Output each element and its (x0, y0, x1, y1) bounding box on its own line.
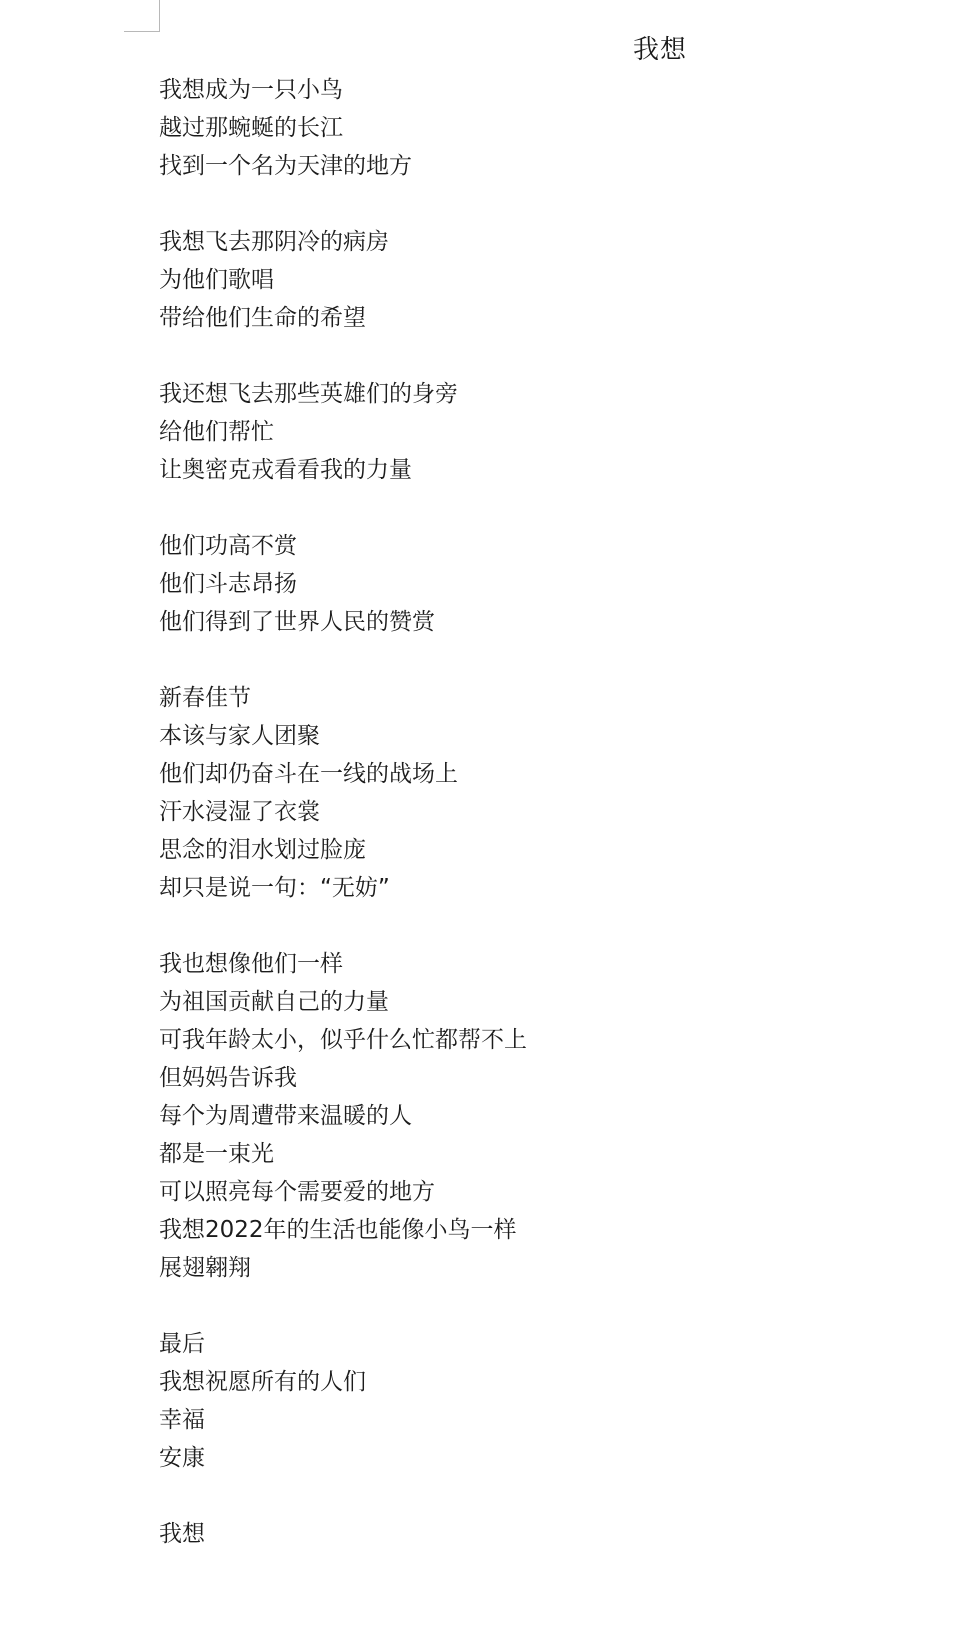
poem-line: 为祖国贡献自己的力量 (159, 983, 859, 1021)
poem-line: 为他们歌唱 (159, 261, 859, 299)
poem-line: 带给他们生命的希望 (159, 299, 859, 337)
poem-line: 他们得到了世界人民的赞赏 (159, 603, 859, 641)
poem-line: 幸福 (159, 1401, 859, 1439)
poem-line: 但妈妈告诉我 (159, 1059, 859, 1097)
poem-line: 却只是说一句：“无妨” (159, 869, 859, 907)
poem-line: 他们功高不赏 (159, 527, 859, 565)
poem-line: 我想2022年的生活也能像小鸟一样 (159, 1211, 859, 1249)
poem-line: 新春佳节 (159, 679, 859, 717)
poem-line: 最后 (159, 1325, 859, 1363)
poem-line: 找到一个名为天津的地方 (159, 147, 859, 185)
document-title: 我想 (633, 32, 687, 68)
poem-line: 我想成为一只小鸟 (159, 71, 859, 109)
poem-line: 每个为周遭带来温暖的人 (159, 1097, 859, 1135)
poem-line: 我也想像他们一样 (159, 945, 859, 983)
poem-line: 我想 (159, 1515, 859, 1553)
poem-line: 越过那蜿蜒的长江 (159, 109, 859, 147)
poem-line: 他们斗志昂扬 (159, 565, 859, 603)
poem-line: 可以照亮每个需要爱的地方 (159, 1173, 859, 1211)
stanza-5: 新春佳节 本该与家人团聚 他们却仍奋斗在一线的战场上 汗水浸湿了衣裳 思念的泪水… (159, 679, 859, 907)
poem-line: 给他们帮忙 (159, 413, 859, 451)
poem-line: 汗水浸湿了衣裳 (159, 793, 859, 831)
poem-line: 让奥密克戎看看我的力量 (159, 451, 859, 489)
stanza-3: 我还想飞去那些英雄们的身旁 给他们帮忙 让奥密克戎看看我的力量 (159, 375, 859, 489)
stanza-2: 我想飞去那阴冷的病房 为他们歌唱 带给他们生命的希望 (159, 223, 859, 337)
poem-line: 思念的泪水划过脸庞 (159, 831, 859, 869)
poem-line: 他们却仍奋斗在一线的战场上 (159, 755, 859, 793)
poem-line: 我还想飞去那些英雄们的身旁 (159, 375, 859, 413)
poem-line: 安康 (159, 1439, 859, 1477)
poem-line: 我想祝愿所有的人们 (159, 1363, 859, 1401)
page-corner-marker (124, 0, 160, 32)
stanza-1: 我想成为一只小鸟 越过那蜿蜒的长江 找到一个名为天津的地方 (159, 71, 859, 185)
stanza-4: 他们功高不赏 他们斗志昂扬 他们得到了世界人民的赞赏 (159, 527, 859, 641)
poem-line: 可我年龄太小，似乎什么忙都帮不上 (159, 1021, 859, 1059)
poem-line: 展翅翱翔 (159, 1249, 859, 1287)
stanza-6: 我也想像他们一样 为祖国贡献自己的力量 可我年龄太小，似乎什么忙都帮不上 但妈妈… (159, 945, 859, 1287)
stanza-7: 最后 我想祝愿所有的人们 幸福 安康 (159, 1325, 859, 1477)
poem-line: 我想飞去那阴冷的病房 (159, 223, 859, 261)
stanza-8: 我想 (159, 1515, 859, 1553)
poem-body: 我想成为一只小鸟 越过那蜿蜒的长江 找到一个名为天津的地方 我想飞去那阴冷的病房… (159, 71, 859, 1591)
poem-line: 都是一束光 (159, 1135, 859, 1173)
poem-line: 本该与家人团聚 (159, 717, 859, 755)
